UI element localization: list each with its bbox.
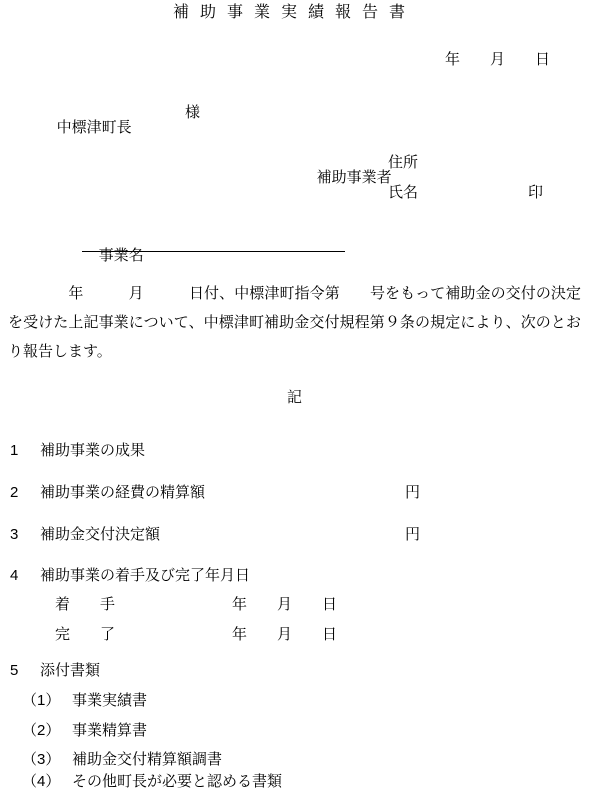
attachment-number: （4） [22,774,60,788]
body-paragraph: 年 月 日付、中標津町指令第 号をもって補助金の交付の決定を受けた上記事業につい… [8,279,581,366]
start-date-line: 年 月 日 [232,597,337,612]
date-line: 年 月 日 [445,52,550,67]
item-label: 補助金交付決定額 [40,527,160,542]
address-label: 住所 [388,155,418,170]
project-name-field: 事業名 [82,233,345,252]
item-number: 2 [10,485,18,500]
addressee-line: 中標津町長 様 [40,105,132,165]
start-row-label: 着 手 [55,597,115,612]
item-label: 添付書類 [40,663,100,678]
item-label: 補助事業の経費の精算額 [40,485,205,500]
item-label: 補助事業の着手及び完了年月日 [40,568,250,583]
item-number: 4 [10,568,18,583]
applicant-line: 補助事業者 住所 [300,155,392,215]
attachment-number: （3） [22,752,60,767]
attachment-number: （1） [22,693,60,708]
item-number: 5 [10,663,18,678]
seal-label: 印 [528,185,543,200]
item-number: 1 [10,443,18,458]
project-name-label: 事業名 [99,247,144,264]
item-unit-yen: 円 [405,527,420,542]
completion-date-line: 年 月 日 [232,627,337,642]
attachment-number: （2） [22,723,60,738]
section-heading-ki: 記 [0,390,589,405]
attachment-label: 事業精算書 [72,723,147,738]
addressee-name: 中標津町長 [57,119,132,136]
attachment-label: その他町長が必要と認める書類 [72,774,282,788]
item-label: 補助事業の成果 [40,443,145,458]
addressee-honorific: 様 [185,105,200,120]
item-number: 3 [10,527,18,542]
attachment-label: 事業実績書 [72,693,147,708]
item-unit-yen: 円 [405,485,420,500]
applicant-label: 補助事業者 [317,169,392,186]
completion-row-label: 完 了 [55,627,115,642]
document-title: 補助事業実績報告書 [0,5,589,21]
document-page: 補助事業実績報告書 年 月 日 中標津町長 様 補助事業者 住所 氏名 印 事業… [0,0,589,788]
attachment-label: 補助金交付精算額調書 [72,752,222,767]
name-label: 氏名 [388,185,418,200]
